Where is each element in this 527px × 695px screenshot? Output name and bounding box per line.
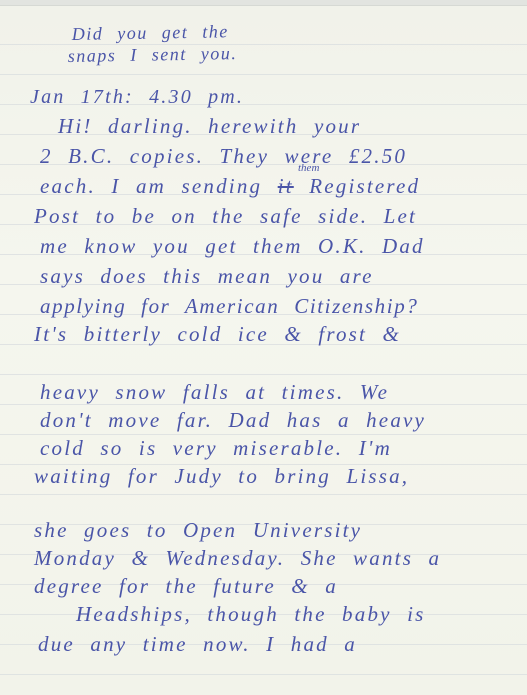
letter-line: applying for American Citizenship? [40, 294, 418, 319]
letter-line: Hi! darling. herewith your [58, 114, 361, 139]
letter-line: me know you get them O.K. Dad [40, 234, 425, 259]
ruled-line [0, 674, 527, 675]
letter-line: Monday & Wednesday. She wants a [34, 546, 441, 571]
postscript-line: snaps I sent you. [68, 43, 238, 67]
letter-line: says does this mean you are [40, 264, 374, 289]
letter-line: degree for the future & a [34, 574, 338, 599]
letter-line: 2 B.C. copies. They were £2.50 [40, 144, 407, 169]
ruled-line [0, 434, 527, 435]
letter-line-with-correction: each. I am sending it Registered [40, 174, 420, 199]
letter-line: don't move far. Dad has a heavy [40, 408, 426, 433]
inserted-word: them [298, 162, 319, 174]
paper-top-edge [0, 0, 527, 6]
letter-line: due any time now. I had a [38, 632, 357, 657]
letter-line: cold so is very miserable. I'm [40, 436, 392, 461]
ruled-line [0, 74, 527, 75]
letter-line: It's bitterly cold ice & frost & [34, 322, 401, 347]
letter-line: heavy snow falls at times. We [40, 380, 389, 405]
ruled-line [0, 374, 527, 375]
letter-page: Did you get the snaps I sent you. Jan 17… [0, 0, 527, 695]
letter-line: waiting for Judy to bring Lissa, [34, 464, 409, 489]
letter-line: Headships, though the baby is [76, 602, 426, 627]
letter-line: she goes to Open University [34, 518, 362, 543]
letter-line: Post to be on the safe side. Let [34, 204, 417, 229]
ruled-line [0, 494, 527, 495]
date-line: Jan 17th: 4.30 pm. [30, 86, 244, 109]
letter-text: Registered [309, 174, 420, 198]
letter-text: each. I am sending [40, 174, 262, 198]
letter-text: due any time now. I had a [38, 632, 357, 656]
postscript-line: Did you get the [72, 21, 229, 45]
struck-word: it [278, 174, 294, 198]
